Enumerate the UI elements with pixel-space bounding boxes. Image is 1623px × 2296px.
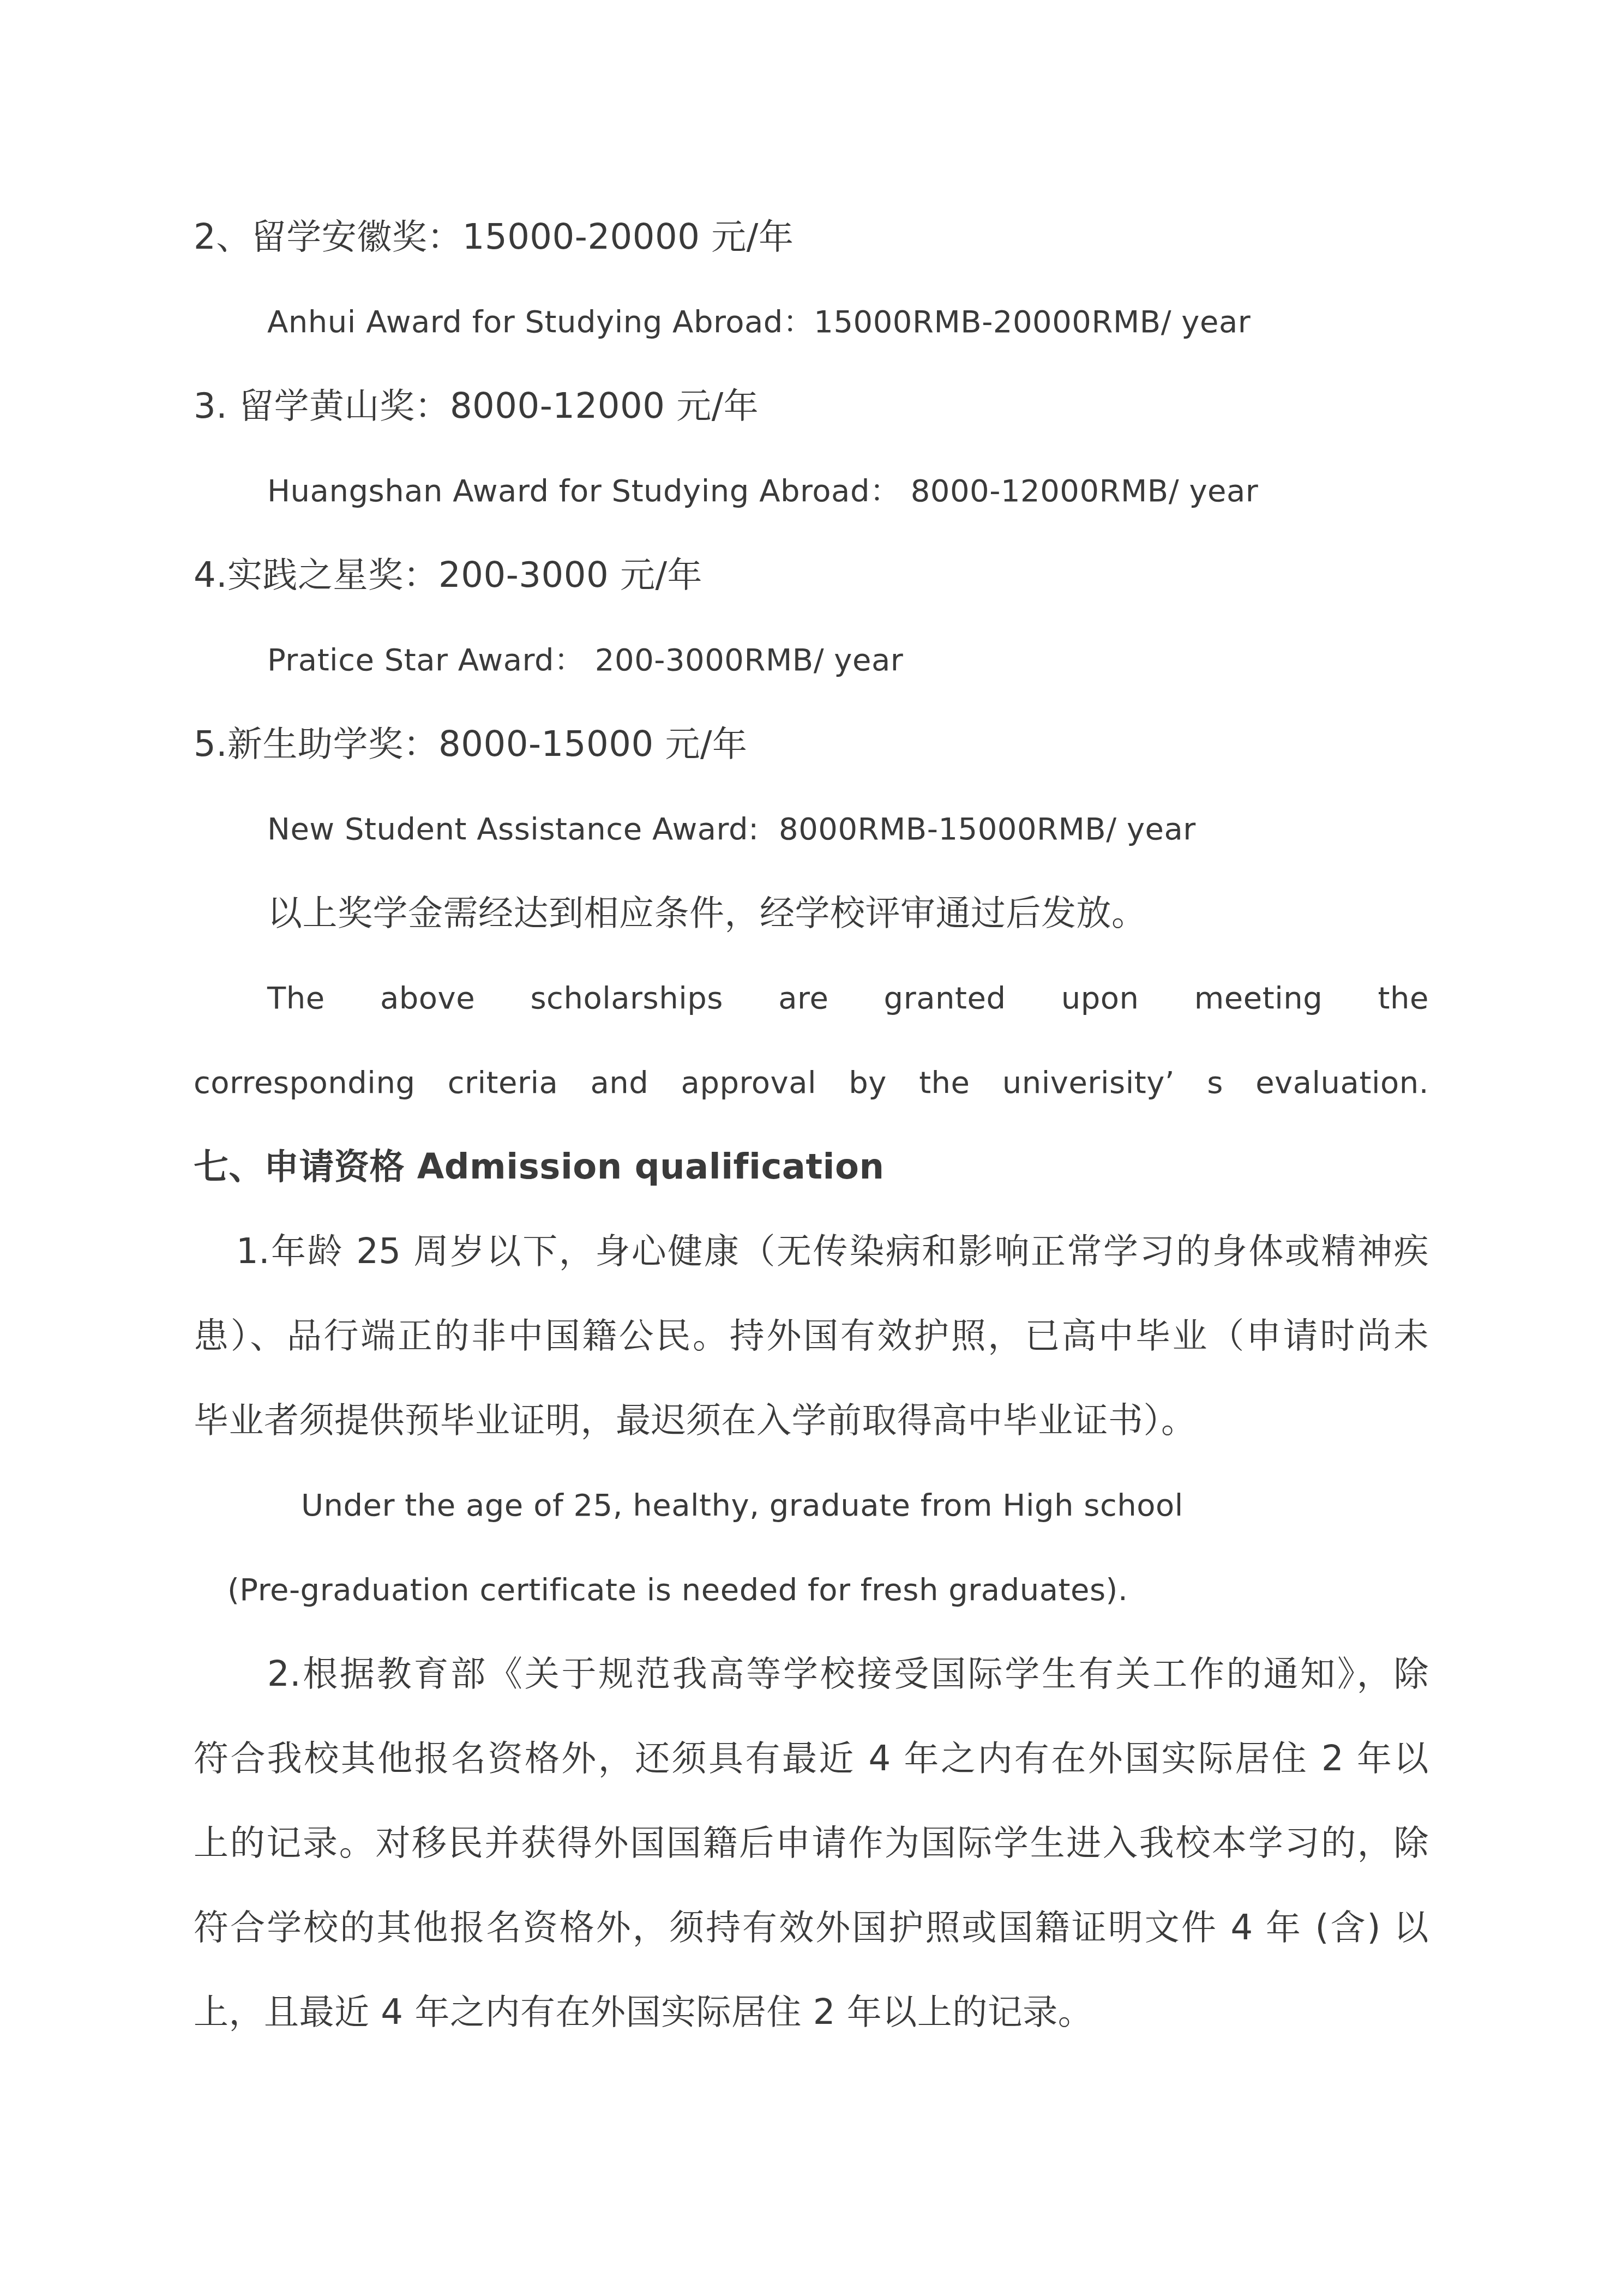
line-scholarship-note-en-1: The above scholarships are granted upon … — [194, 956, 1429, 1041]
line-scholarship-note-en-2: corresponding criteria and approval by t… — [194, 1041, 1429, 1125]
line-award-huangshan-zh: 3. 留学黄山奖：8000-12000 元/年 — [194, 364, 1429, 449]
line-award-practice-star-en: Pratice Star Award： 200-3000RMB/ year — [194, 618, 1429, 702]
line-qualification-2-zh-e: 上，且最近 4 年之内有在外国实际居住 2 年以上的记录。 — [194, 1970, 1429, 2055]
line-qualification-2-zh-a: 2.根据教育部《关于规范我高等学校接受国际学生有关工作的通知》，除 — [194, 1632, 1429, 1717]
heading-admission-qualification: 七、申请资格 Admission qualification — [194, 1125, 1429, 1210]
document-content: 2、留学安徽奖：15000-20000 元/年 Anhui Award for … — [0, 0, 1623, 2055]
line-qualification-1-zh-c: 毕业者须提供预毕业证明，最迟须在入学前取得高中毕业证书）。 — [194, 1379, 1429, 1463]
line-scholarship-note-zh: 以上奖学金需经达到相应条件，经学校评审通过后发放。 — [194, 871, 1429, 956]
line-qualification-1-zh-b: 患）、品行端正的非中国籍公民。持外国有效护照，已高中毕业（申请时尚未 — [194, 1294, 1429, 1379]
line-award-huangshan-en: Huangshan Award for Studying Abroad： 800… — [194, 449, 1429, 533]
line-qualification-2-zh-c: 上的记录。对移民并获得外国国籍后申请作为国际学生进入我校本学习的，除 — [194, 1801, 1429, 1886]
line-qualification-1-en-a: Under the age of 25, healthy, graduate f… — [194, 1463, 1429, 1548]
document-page: 2、留学安徽奖：15000-20000 元/年 Anhui Award for … — [0, 0, 1623, 2296]
line-qualification-2-zh-b: 符合我校其他报名资格外，还须具有最近 4 年之内有在外国实际居住 2 年以 — [194, 1717, 1429, 1801]
line-award-anhui-en: Anhui Award for Studying Abroad：15000RMB… — [194, 280, 1429, 364]
line-qualification-1-zh-a: 1.年龄 25 周岁以下，身心健康（无传染病和影响正常学习的身体或精神疾 — [194, 1210, 1429, 1294]
line-award-new-student-zh: 5.新生助学奖：8000-15000 元/年 — [194, 702, 1429, 787]
line-qualification-2-zh-d: 符合学校的其他报名资格外，须持有效外国护照或国籍证明文件 4 年 (含) 以 — [194, 1886, 1429, 1970]
line-qualification-1-en-b: (Pre-graduation certificate is needed fo… — [194, 1548, 1429, 1632]
line-award-practice-star-zh: 4.实践之星奖：200-3000 元/年 — [194, 533, 1429, 618]
line-award-anhui-zh: 2、留学安徽奖：15000-20000 元/年 — [194, 195, 1429, 280]
line-award-new-student-en: New Student Assistance Award: 8000RMB-15… — [194, 787, 1429, 871]
